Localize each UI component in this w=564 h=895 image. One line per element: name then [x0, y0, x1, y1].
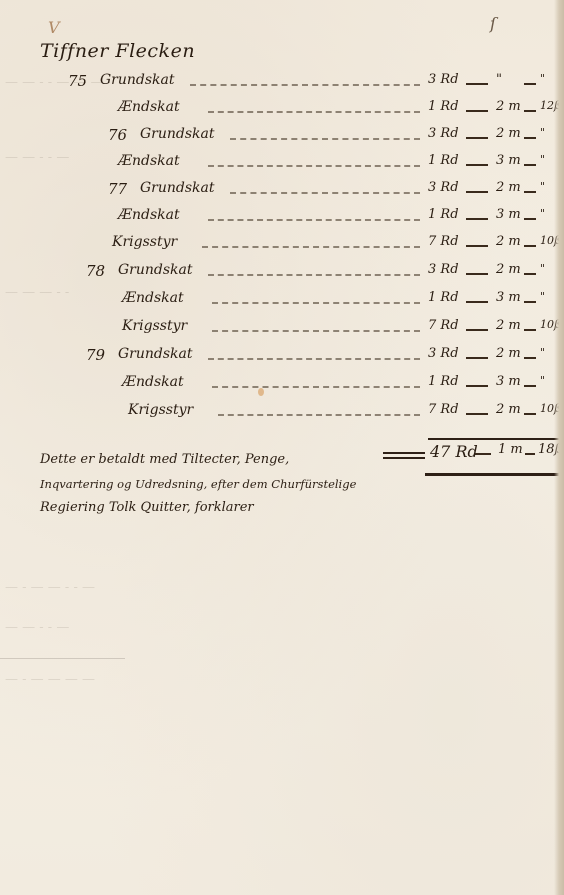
entry-item: Grundskat [118, 346, 193, 362]
bleed-through-text: — — ‑ ‑ — [5, 620, 69, 635]
entry-m: 2 m [496, 402, 521, 417]
note-line-2: Inqvartering og Udredsning, efter dem Ch… [40, 477, 356, 491]
binding-edge [554, 0, 564, 895]
separator-dash [466, 413, 488, 415]
total-rd: 47 Rd [430, 442, 478, 461]
entry-rd: 3 Rd [428, 346, 459, 361]
entry-rd: 1 Rd [428, 207, 459, 222]
entry-s: " [540, 126, 545, 139]
entry-rd: 1 Rd [428, 99, 459, 114]
entry-m: 3 m [496, 153, 521, 168]
entry-s: " [540, 374, 545, 387]
separator-dash [524, 385, 536, 387]
separator-dash [524, 245, 536, 247]
separator-dash [524, 191, 536, 193]
entry-m: 2 m [496, 126, 521, 141]
leader-dots [208, 111, 420, 113]
ledger-row: Ændskat1 Rd2 m12ß [0, 99, 564, 121]
leader-dots [208, 358, 420, 360]
ledger-row: Ændskat1 Rd3 m" [0, 290, 564, 312]
top-right-mark: ſ [490, 14, 496, 33]
total-m: 1 m [498, 442, 523, 457]
separator-dash [524, 413, 536, 415]
entry-m: 2 m [496, 234, 521, 249]
entry-item: Ændskat [122, 374, 184, 390]
leader-dots [230, 192, 420, 194]
ledger-row: 76Grundskat3 Rd2 m" [0, 126, 564, 148]
entry-item: Krigsstyr [128, 402, 193, 418]
note-line-3: Regiering Tolk Quitter, forklarer [40, 500, 254, 515]
separator-dash [466, 191, 488, 193]
entry-year: 78 [86, 262, 105, 280]
leader-dots [212, 386, 420, 388]
separator-dash [525, 453, 535, 455]
entry-m: 3 m [496, 290, 521, 305]
entry-item: Krigsstyr [112, 234, 177, 250]
entry-item: Grundskat [118, 262, 193, 278]
total-rule-bottom [425, 473, 560, 476]
separator-dash [466, 301, 488, 303]
separator-dash [524, 301, 536, 303]
separator-dash [466, 273, 488, 275]
entry-s: " [540, 262, 545, 275]
bleed-through-rule [0, 658, 125, 659]
separator-dash [524, 357, 536, 359]
entry-s: " [540, 290, 545, 303]
entry-rd: 3 Rd [428, 262, 459, 277]
entry-s: " [540, 346, 545, 359]
separator-dash [524, 273, 536, 275]
entry-s: " [540, 72, 545, 85]
separator-dash [466, 245, 488, 247]
entry-rd: 1 Rd [428, 290, 459, 305]
entry-m: 3 m [496, 374, 521, 389]
entry-s: " [540, 207, 545, 220]
leader-dots [212, 330, 420, 332]
entry-year: 77 [108, 180, 127, 198]
ink-stain [258, 388, 264, 396]
separator-dash [524, 329, 536, 331]
entry-rd: 7 Rd [428, 402, 459, 417]
ledger-row: 75Grundskat3 Rd"" [0, 72, 564, 94]
entry-year: 79 [86, 346, 105, 364]
entry-rd: 3 Rd [428, 72, 459, 87]
entry-s: " [540, 153, 545, 166]
entry-rd: 7 Rd [428, 234, 459, 249]
entry-year: 75 [68, 72, 87, 90]
ledger-row: Krigsstyr7 Rd2 m10ß [0, 318, 564, 340]
separator-dash [466, 329, 488, 331]
entry-year: 76 [108, 126, 127, 144]
entry-item: Grundskat [140, 180, 215, 196]
entry-rd: 3 Rd [428, 180, 459, 195]
entry-m: 2 m [496, 180, 521, 195]
corner-mark: V [48, 18, 60, 37]
separator-dash [524, 164, 536, 166]
ledger-row: 78Grundskat3 Rd2 m" [0, 262, 564, 284]
entry-m: 3 m [496, 207, 521, 222]
separator-dash [466, 137, 488, 139]
leader-dots [208, 165, 420, 167]
entry-m: 2 m [496, 99, 521, 114]
bleed-through-text: — ‑ — — — — [5, 672, 95, 687]
total-rule-top [428, 438, 560, 440]
entry-rd: 1 Rd [428, 153, 459, 168]
separator-dash [524, 110, 536, 112]
separator-dash [524, 218, 536, 220]
entry-item: Ændskat [118, 153, 180, 169]
ledger-row: Ændskat1 Rd3 m" [0, 153, 564, 175]
entry-s: " [540, 180, 545, 193]
entry-item: Grundskat [140, 126, 215, 142]
page-heading: Tiffner Flecken [40, 40, 195, 62]
separator-dash [466, 83, 488, 85]
bleed-through-text: — ‑ — — ‑ ‑ — [5, 580, 95, 595]
separator-dash [466, 385, 488, 387]
entry-m: 2 m [496, 346, 521, 361]
ledger-row: Ændskat1 Rd3 m" [0, 374, 564, 396]
separator-dash [466, 357, 488, 359]
entry-item: Ændskat [118, 207, 180, 223]
entry-item: Ændskat [122, 290, 184, 306]
ledger-row: 79Grundskat3 Rd2 m" [0, 346, 564, 368]
leader-dots [208, 219, 420, 221]
ledger-row: Krigsstyr7 Rd2 m10ß [0, 402, 564, 424]
entry-item: Krigsstyr [122, 318, 187, 334]
leader-dots [230, 138, 420, 140]
entry-item: Ændskat [118, 99, 180, 115]
entry-item: Grundskat [100, 72, 175, 88]
leader-dots [212, 302, 420, 304]
note-line-1: Dette er betaldt med Tiltecter, Penge, [40, 452, 289, 467]
separator-dash [475, 453, 491, 455]
leader-dots [208, 274, 420, 276]
ledger-row: Krigsstyr7 Rd2 m10ß [0, 234, 564, 256]
separator-dash [466, 110, 488, 112]
leader-dots [202, 246, 420, 248]
separator-dash [524, 137, 536, 139]
manuscript-page: — — ‑ ‑ — — — — — ‑ ‑ — — — — ‑ ‑ — ‑ — … [0, 0, 564, 895]
entry-rd: 7 Rd [428, 318, 459, 333]
entry-rd: 1 Rd [428, 374, 459, 389]
separator-dash [524, 83, 536, 85]
entry-m: " [496, 72, 502, 87]
entry-m: 2 m [496, 318, 521, 333]
entry-rd: 3 Rd [428, 126, 459, 141]
ledger-row: 77Grundskat3 Rd2 m" [0, 180, 564, 202]
ledger-row: Ændskat1 Rd3 m" [0, 207, 564, 229]
separator-dash [466, 218, 488, 220]
leader-dots [190, 84, 420, 86]
leader-dots [218, 414, 420, 416]
separator-dash [466, 164, 488, 166]
entry-m: 2 m [496, 262, 521, 277]
